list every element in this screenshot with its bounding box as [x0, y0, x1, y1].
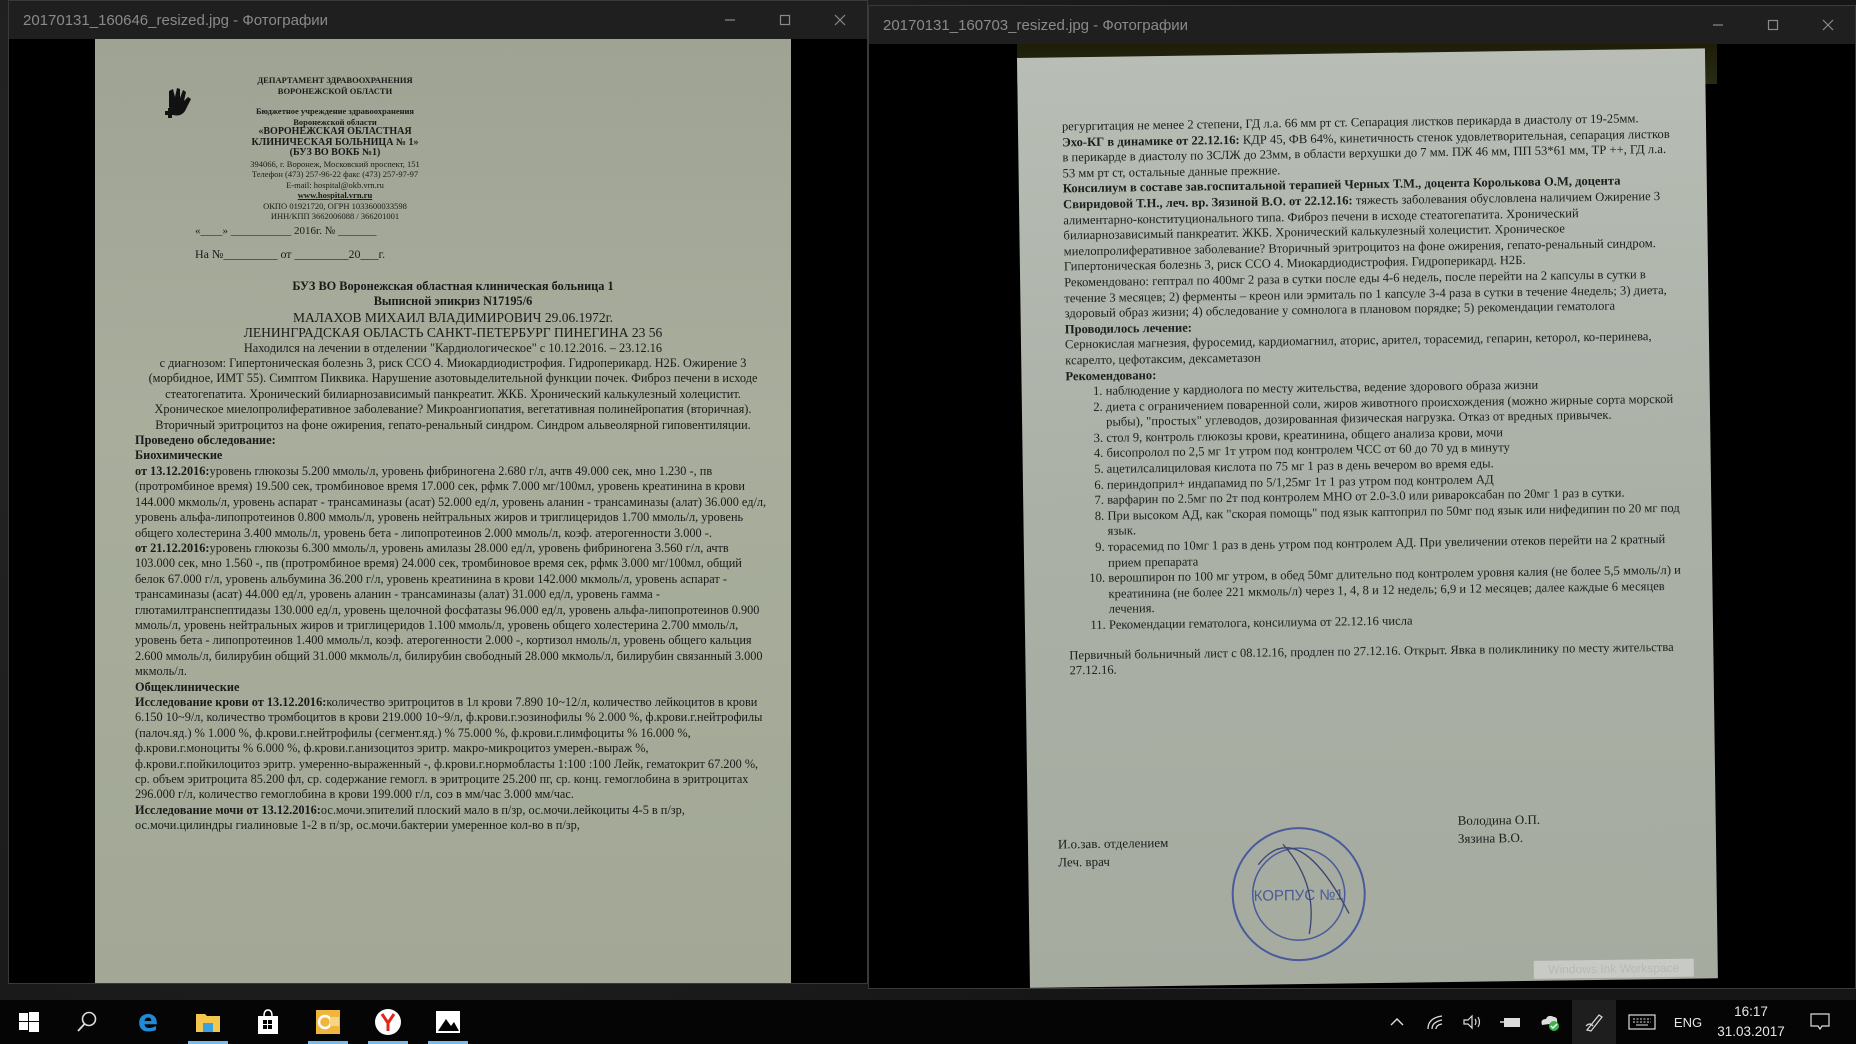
biochem-entry: от 21.12.2016:уровень глюкозы 6.300 ммол…	[135, 541, 771, 680]
letterhead-line: Бюджетное учреждение здравоохранения	[225, 106, 445, 117]
letterhead-line: Телефон (473) 257-96-22 факс (473) 257-9…	[225, 169, 445, 180]
pen-icon	[1584, 1012, 1604, 1032]
biochem-date: от 21.12.2016:	[135, 541, 210, 555]
photos-window-2: 20170131_160703_resized.jpg - Фотографии…	[868, 5, 1856, 989]
discharge-summary-page-2: регургитация не менее 2 степени, ГД л.а.…	[1017, 48, 1718, 988]
summary-body: регургитация не менее 2 степени, ГД л.а.…	[1062, 111, 1684, 679]
signature-name: Володина О.П.	[1458, 811, 1541, 830]
show-hidden-icons-button[interactable]	[1382, 1000, 1412, 1044]
photo-viewer-2[interactable]: регургитация не менее 2 степени, ГД л.а.…	[869, 44, 1855, 988]
echo-label: Эхо-КГ в динамике от 22.12.16:	[1062, 132, 1240, 148]
letterhead-line: ДЕПАРТАМЕНТ ЗДРАВООХРАНЕНИЯ	[225, 75, 445, 86]
biochem-values: уровень глюкозы 6.300 ммоль/л, уровень а…	[135, 541, 763, 678]
folder-icon	[195, 1011, 221, 1033]
volume-button[interactable]	[1458, 1000, 1488, 1044]
exam-heading: Проведено обследование:	[135, 433, 771, 448]
diagnosis: с диагнозом: Гипертоническая болезнь 3, …	[135, 356, 771, 433]
signature-role: И.о.зав. отделением	[1058, 834, 1169, 854]
minimize-button[interactable]	[702, 1, 757, 39]
action-center-button[interactable]	[1800, 1000, 1840, 1044]
clinical-heading: Общеклинические	[135, 680, 771, 695]
signature-roles: И.о.зав. отделением Леч. врач	[1058, 834, 1169, 872]
photos-window-1: 20170131_160646_resized.jpg - Фотографии…	[8, 0, 868, 984]
hospital-stamp-icon: КОРПУС №1	[1228, 823, 1370, 965]
store-button[interactable]	[240, 1000, 296, 1044]
reference-line: На №_________ от _________20___г.	[195, 247, 385, 262]
touch-keyboard-button[interactable]	[1626, 1000, 1658, 1044]
chevron-up-icon	[1390, 1017, 1404, 1027]
council-recommendation: Рекомендовано: гептрал по 400мг 2 раза в…	[1064, 267, 1679, 322]
patient-name: МАЛАХОВ МИХАИЛ ВЛАДИМИРОВИЧ 29.06.1972г.	[135, 310, 771, 325]
window-2-titlebar[interactable]: 20170131_160703_resized.jpg - Фотографии	[869, 6, 1855, 44]
photos-button[interactable]	[420, 1000, 476, 1044]
signature-name: Зязина В.О.	[1458, 829, 1541, 848]
close-button[interactable]	[812, 1, 867, 39]
hospital-heading: БУЗ ВО Воронежская областная клиническая…	[135, 279, 771, 294]
hospital-logo-icon	[163, 87, 193, 127]
council: Консилиум в составе зав.госпитальной тер…	[1063, 173, 1678, 275]
speaker-icon	[1462, 1014, 1484, 1030]
letterhead: ДЕПАРТАМЕНТ ЗДРАВООХРАНЕНИЯ ВОРОНЕЖСКОЙ …	[225, 75, 445, 222]
maximize-button[interactable]	[757, 1, 812, 39]
store-icon	[257, 1009, 279, 1035]
letterhead-line: www.hospital.vrn.ru	[225, 190, 445, 201]
battery-button[interactable]	[1496, 1000, 1526, 1044]
close-button[interactable]	[1800, 6, 1855, 44]
letterhead-line: ОКПО 01921720, ОГРН 1033600033598	[225, 201, 445, 212]
blood-test-label: Исследование крови от 13.12.2016:	[135, 695, 326, 709]
onedrive-sync-button[interactable]	[1535, 1000, 1565, 1044]
keyboard-icon	[1628, 1014, 1656, 1030]
biochem-entry: от 13.12.2016:уровень глюкозы 5.200 ммол…	[135, 464, 771, 541]
epicrisis-number: Выписной эпикриз N17195/6	[135, 294, 771, 309]
cloud-sync-icon	[1539, 1013, 1561, 1031]
outlook-icon	[315, 1009, 341, 1035]
wifi-icon	[1426, 1014, 1444, 1030]
clock[interactable]: 16:17 31.03.2017	[1706, 1002, 1796, 1042]
window-1-titlebar[interactable]: 20170131_160646_resized.jpg - Фотографии	[9, 1, 867, 39]
file-explorer-button[interactable]	[180, 1000, 236, 1044]
patient-address: ЛЕНИНГРАДСКАЯ ОБЛАСТЬ САНКТ-ПЕТЕРБУРГ ПИ…	[135, 325, 771, 340]
window-1-title: 20170131_160646_resized.jpg - Фотографии	[9, 12, 702, 29]
recommendations-list: наблюдение у кардиолога по месту жительс…	[1066, 376, 1683, 634]
echo-dynamics: Эхо-КГ в динамике от 22.12.16: КДР 45, Ф…	[1062, 126, 1677, 181]
edge-icon: e	[138, 1007, 158, 1037]
letterhead-line: ВОРОНЕЖСКОЙ ОБЛАСТИ	[225, 86, 445, 97]
taskbar: e ENG 16:17 31.03.2017	[0, 1000, 1856, 1044]
maximize-button[interactable]	[1745, 6, 1800, 44]
blood-test-values: количество эритроцитов в 1л крови 7.890 …	[135, 695, 762, 801]
notification-icon	[1810, 1013, 1830, 1031]
outlook-button[interactable]	[300, 1000, 356, 1044]
letterhead-line: E-mail: hospital@okb.vrn.ru	[225, 180, 445, 191]
window-2-title: 20170131_160703_resized.jpg - Фотографии	[869, 17, 1690, 34]
yandex-icon	[374, 1008, 402, 1036]
letterhead-line: (БУЗ ВО ВОКБ №1)	[225, 148, 445, 159]
minimize-button[interactable]	[1690, 6, 1745, 44]
windows-ink-button[interactable]	[1572, 1000, 1616, 1044]
photos-icon	[435, 1010, 461, 1034]
clock-time: 16:17	[1706, 1002, 1796, 1022]
signature-names: Володина О.П. Зязина В.О.	[1458, 811, 1541, 848]
start-button[interactable]	[1, 1000, 57, 1044]
summary-body: БУЗ ВО Воронежская областная клиническая…	[135, 279, 771, 834]
stay-dates: Находился на лечении в отделении "Кардио…	[135, 341, 771, 356]
biochem-date: от 13.12.2016:	[135, 464, 210, 478]
letterhead-line: «ВОРОНЕЖСКАЯ ОБЛАСТНАЯ	[225, 127, 445, 138]
battery-icon	[1500, 1015, 1522, 1029]
biochem-heading: Биохимические	[135, 448, 771, 463]
urine-test: Исследование мочи от 13.12.2016:ос.мочи.…	[135, 803, 771, 834]
clock-date: 31.03.2017	[1706, 1022, 1796, 1042]
network-button[interactable]	[1420, 1000, 1450, 1044]
windows-logo-icon	[19, 1012, 39, 1032]
urine-test-label: Исследование мочи от 13.12.2016:	[135, 803, 321, 817]
windows-ink-tooltip: Windows Ink Workspace	[1534, 959, 1694, 979]
yandex-browser-button[interactable]	[360, 1000, 416, 1044]
letterhead-line: ИНН/КПП 3662006088 / 366201001	[225, 211, 445, 222]
date-line: «____» ___________ 2016г. № _______	[195, 225, 377, 237]
photo-viewer-1[interactable]: ДЕПАРТАМЕНТ ЗДРАВООХРАНЕНИЯ ВОРОНЕЖСКОЙ …	[9, 39, 867, 983]
stamp-center-text: КОРПУС №1	[1254, 887, 1344, 905]
biochem-values: уровень глюкозы 5.200 ммоль/л, уровень ф…	[135, 464, 766, 540]
language-indicator[interactable]: ENG	[1668, 1000, 1708, 1044]
signature-role: Леч. врач	[1058, 852, 1169, 872]
recommendation-item: верошпирон по 100 мг утром, в обед 50мг …	[1108, 563, 1683, 618]
edge-button[interactable]: e	[120, 1000, 176, 1044]
letterhead-line: 394066, г. Воронеж, Московский проспект,…	[225, 159, 445, 170]
search-icon	[76, 1011, 98, 1033]
search-button[interactable]	[59, 1000, 115, 1044]
discharge-summary-page-1: ДЕПАРТАМЕНТ ЗДРАВООХРАНЕНИЯ ВОРОНЕЖСКОЙ …	[95, 39, 791, 983]
blood-test: Исследование крови от 13.12.2016:количес…	[135, 695, 771, 803]
